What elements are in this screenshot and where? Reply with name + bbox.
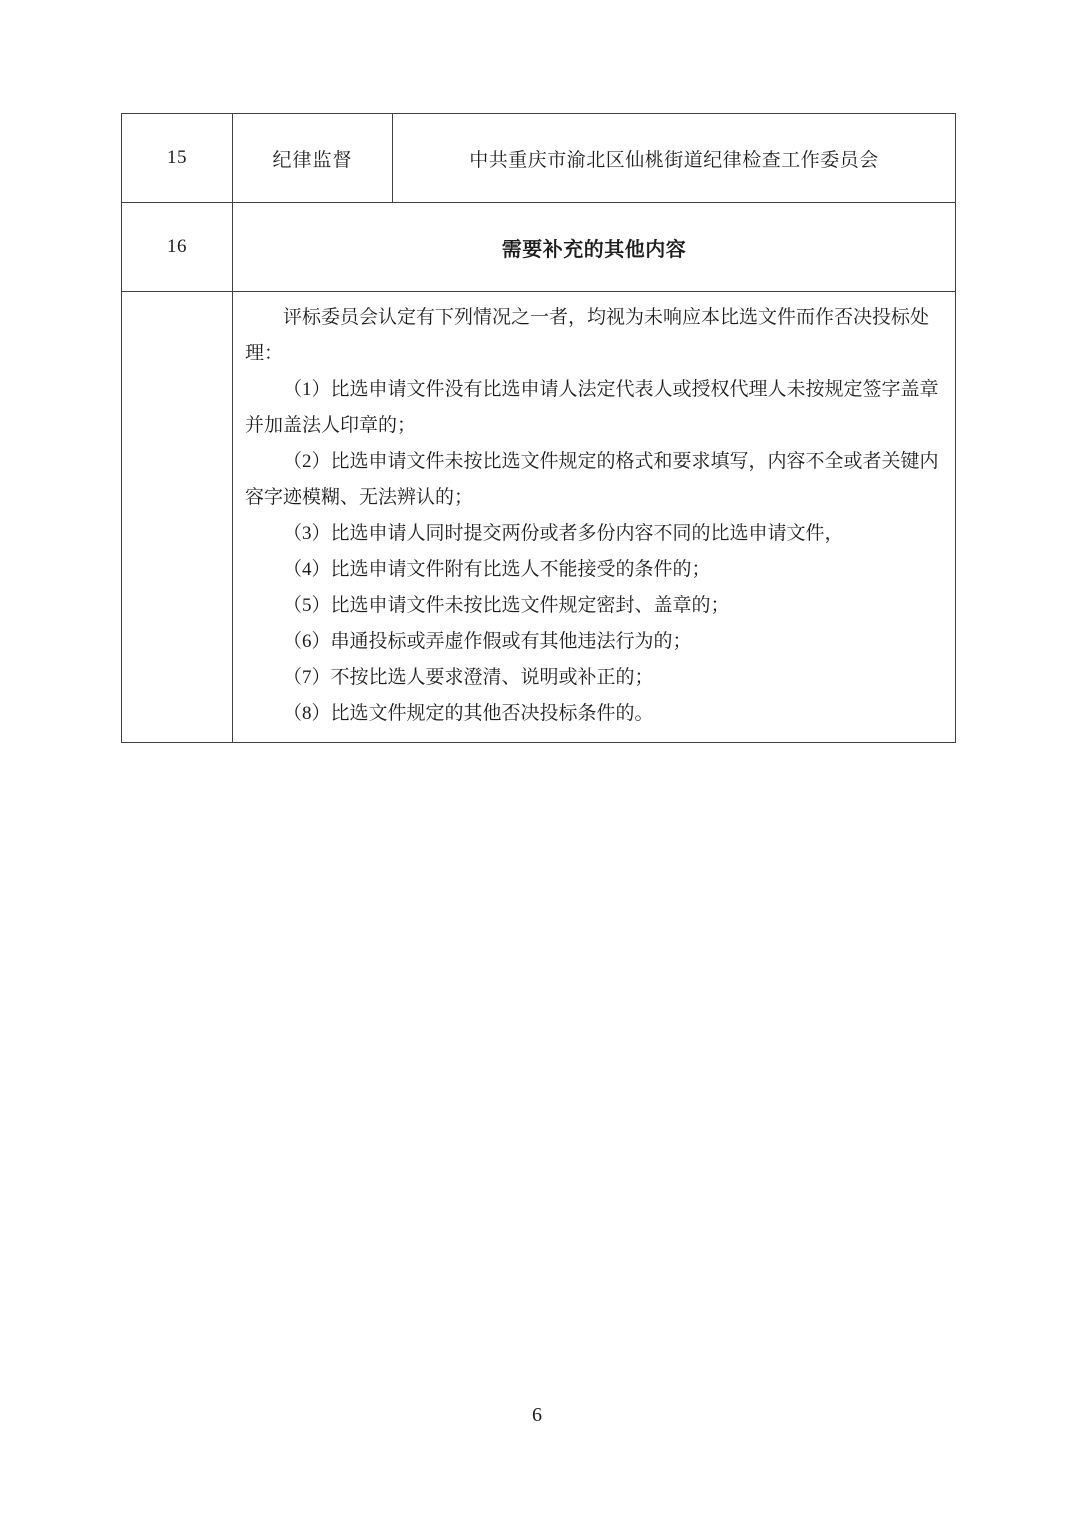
row-value: 中共重庆市渝北区仙桃街道纪律检查工作委员会 xyxy=(459,145,889,172)
row15-number-cell: 15 xyxy=(122,114,232,202)
condition-item: （5）比选申请文件未按比选文件规定密封、盖章的； xyxy=(245,588,949,624)
notes-number-cell-empty xyxy=(122,292,232,742)
condition-item: （3）比选申请人同时提交两份或者多份内容不同的比选申请文件， xyxy=(245,516,949,552)
notes-intro: 评标委员会认定有下列情况之一者，均视为未响应本比选文件而作否决投标处理： xyxy=(245,300,949,372)
condition-item: （2）比选申请文件未按比选文件规定的格式和要求填写，内容不全或者关键内容字迹模糊… xyxy=(245,444,949,516)
table-row-notes: 评标委员会认定有下列情况之一者，均视为未响应本比选文件而作否决投标处理： （1）… xyxy=(122,291,955,742)
row15-value-cell: 中共重庆市渝北区仙桃街道纪律检查工作委员会 xyxy=(392,114,955,202)
condition-item: （1）比选申请文件没有比选申请人法定代表人或授权代理人未按规定签字盖章并加盖法人… xyxy=(245,372,949,444)
conditions-table: 15 纪律监督 中共重庆市渝北区仙桃街道纪律检查工作委员会 16 需要补充的其他… xyxy=(121,113,956,743)
table-row-15: 15 纪律监督 中共重庆市渝北区仙桃街道纪律检查工作委员会 xyxy=(122,114,955,202)
condition-item: （6）串通投标或弄虚作假或有其他违法行为的； xyxy=(245,624,949,660)
condition-item: （4）比选申请文件附有比选人不能接受的条件的； xyxy=(245,552,949,588)
row16-number-cell: 16 xyxy=(122,203,232,291)
row-number: 15 xyxy=(167,147,187,169)
document-page: 15 纪律监督 中共重庆市渝北区仙桃街道纪律检查工作委员会 16 需要补充的其他… xyxy=(0,0,1074,1520)
row-label: 纪律监督 xyxy=(272,145,352,172)
row-number: 16 xyxy=(167,236,187,258)
notes-content-cell: 评标委员会认定有下列情况之一者，均视为未响应本比选文件而作否决投标处理： （1）… xyxy=(232,292,955,742)
page-number: 6 xyxy=(0,1404,1074,1427)
condition-item: （7）不按比选人要求澄清、说明或补正的； xyxy=(245,660,949,696)
row15-label-cell: 纪律监督 xyxy=(232,114,392,202)
condition-item: （8）比选文件规定的其他否决投标条件的。 xyxy=(245,696,949,732)
row16-title-cell: 需要补充的其他内容 xyxy=(232,203,955,291)
section-title: 需要补充的其他内容 xyxy=(502,233,687,262)
table-row-16: 16 需要补充的其他内容 xyxy=(122,202,955,291)
